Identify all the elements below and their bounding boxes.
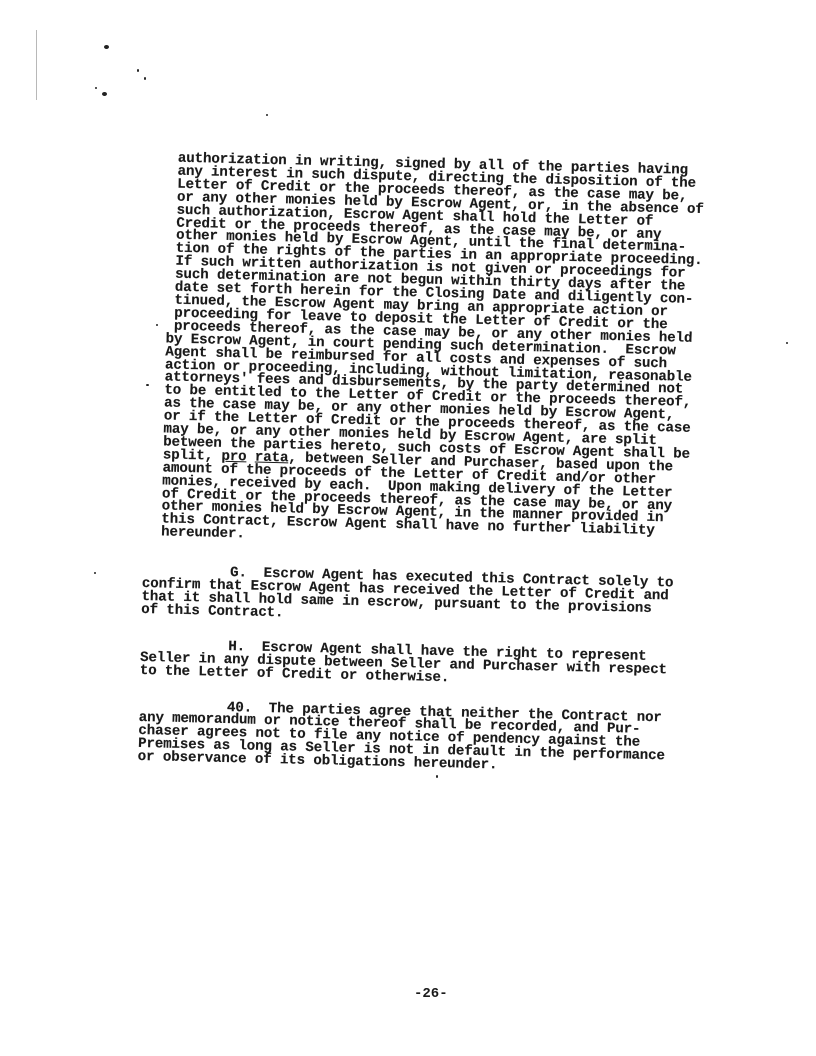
scan-speck — [102, 92, 107, 96]
scan-margin-line — [36, 30, 37, 100]
page-number: -26- — [414, 986, 448, 1002]
scan-speck — [104, 45, 109, 49]
section-40: 40. The parties agree that neither the C… — [136, 699, 777, 779]
scan-speck — [786, 342, 788, 344]
scan-speck — [95, 87, 97, 89]
scan-speck — [137, 69, 139, 72]
scan-speck — [436, 775, 438, 778]
document-body: authorization in writing, signed by all … — [136, 152, 790, 779]
scan-speck — [266, 114, 268, 116]
scan-speck — [94, 572, 96, 574]
document-page: authorization in writing, signed by all … — [0, 0, 816, 1056]
escrow-continuation-paragraph: authorization in writing, signed by all … — [141, 152, 790, 554]
scan-speck — [144, 77, 146, 80]
